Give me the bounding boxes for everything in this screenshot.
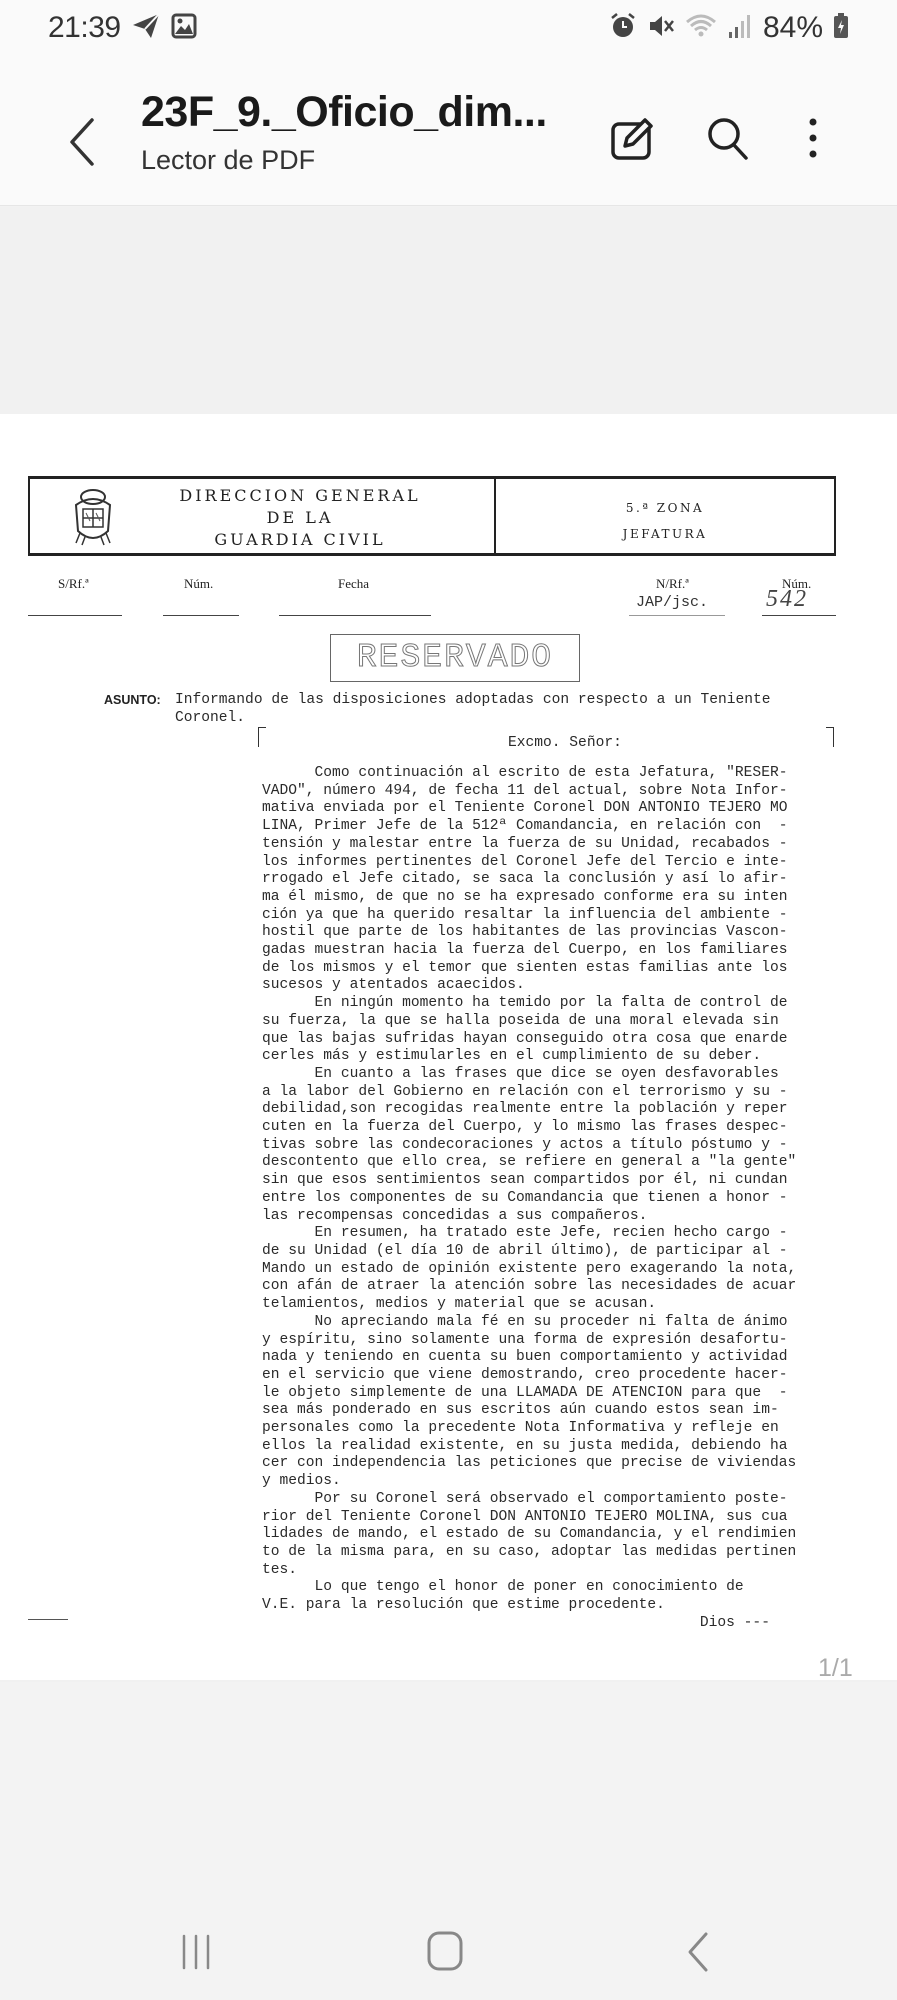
body-line: ción ya que ha querido resaltar la influ… xyxy=(262,907,842,925)
body-line: hostil que parte de los habitantes de la… xyxy=(262,924,842,942)
status-left: 21:39 xyxy=(48,11,197,45)
letterhead-line: DE LA xyxy=(150,507,450,529)
app-subtitle: Lector de PDF xyxy=(141,145,547,176)
asunto-text: Informando de las disposiciones adoptada… xyxy=(175,691,835,727)
asunto-line: Coronel. xyxy=(175,709,835,727)
body-line: en el servicio que viene demostrando, cr… xyxy=(262,1367,842,1385)
body-line: y espíritu, sino solamente una forma de … xyxy=(262,1332,842,1350)
body-line: de los mismos y el temor que sienten est… xyxy=(262,960,842,978)
body-line: gadas muestran hacia la fuerza del Cuerp… xyxy=(262,942,842,960)
body-line: telamientos, medios y material que se ac… xyxy=(262,1296,842,1314)
more-options-button[interactable] xyxy=(785,108,841,168)
body-line: entre los componentes de su Comandancia … xyxy=(262,1190,842,1208)
body-line: tensión y malestar entre la fuerza de su… xyxy=(262,836,842,854)
letterhead-line: DIRECCION GENERAL xyxy=(150,485,450,507)
body-line: sin que esos sentimientos sean compartid… xyxy=(262,1172,842,1190)
gallery-icon xyxy=(171,12,197,45)
num-label: Núm. xyxy=(184,576,213,592)
page-indicator: 1/1 xyxy=(818,1654,853,1683)
edit-icon xyxy=(609,114,657,162)
body-line: nada y teniendo en cuenta su buen compor… xyxy=(262,1349,842,1367)
body-line: En cuanto a las frases que dice se oyen … xyxy=(262,1066,842,1084)
body-line: to de la misma para, en su caso, adoptar… xyxy=(262,1544,842,1562)
body-line: V.E. para la resolución que estime proce… xyxy=(262,1597,842,1615)
body-line: VADO", número 494, de fecha 11 del actua… xyxy=(262,783,842,801)
back-icon xyxy=(62,108,102,168)
body-line: personales como la precedente Nota Infor… xyxy=(262,1420,842,1438)
n-ref-value: JAP/jsc. xyxy=(636,594,708,611)
ref-underline xyxy=(28,615,122,616)
bracket-left xyxy=(258,727,266,747)
edit-button[interactable] xyxy=(605,108,661,168)
body-line: su fuerza, la que se halla poseida de un… xyxy=(262,1013,842,1031)
body-line: de su Unidad (el día 10 de abril último)… xyxy=(262,1243,842,1261)
asunto-line: Informando de las disposiciones adoptada… xyxy=(175,691,835,709)
letterhead-left: DIRECCION GENERAL DE LA GUARDIA CIVIL xyxy=(150,485,450,551)
body-line: En ningún momento ha temido por la falta… xyxy=(262,995,842,1013)
body-line: En resumen, ha tratado este Jefe, recien… xyxy=(262,1225,842,1243)
num2-value: 542 xyxy=(766,586,808,613)
mute-icon xyxy=(647,12,675,45)
body-line: mativa enviada por el Teniente Coronel D… xyxy=(262,800,842,818)
letterhead-line: JEFATURA xyxy=(500,521,830,547)
search-icon xyxy=(704,114,752,162)
ref-underline xyxy=(163,615,239,616)
body-line: sea más ponderado en sus escritos aún cu… xyxy=(262,1402,842,1420)
body-line: rrogado el Jefe citado, se saca la concl… xyxy=(262,871,842,889)
letterhead: DIRECCION GENERAL DE LA GUARDIA CIVIL 5.… xyxy=(28,476,836,556)
document-title: 23F_9._Oficio_dim... xyxy=(141,88,547,137)
body-line: debilidad,son recogidas realmente entre … xyxy=(262,1101,842,1119)
s-ref-label: S/Rf.ª xyxy=(58,576,89,592)
body-line: cerles más y estimularles en el cumplimi… xyxy=(262,1048,842,1066)
crest-icon xyxy=(70,487,116,547)
ref-underline xyxy=(629,615,725,616)
body-line: ellos la realidad existente, en su justa… xyxy=(262,1438,842,1456)
battery-percent: 84% xyxy=(763,11,823,45)
body-line: sucesos y atentados acaecidos. xyxy=(262,977,842,995)
body-line: Por su Coronel será observado el comport… xyxy=(262,1491,842,1509)
body-line: que las bajas sufridas hayan conseguido … xyxy=(262,1031,842,1049)
body-line: Como continuación al escrito de esta Jef… xyxy=(262,765,842,783)
body-line: le objeto simplemente de una LLAMADA DE … xyxy=(262,1385,842,1403)
search-button[interactable] xyxy=(700,108,756,168)
body-line: cer con independencia las peticiones que… xyxy=(262,1455,842,1473)
letterhead-right: 5.ª ZONA JEFATURA xyxy=(500,495,830,547)
body-line: Lo que tengo el honor de poner en conoci… xyxy=(262,1579,842,1597)
body-line: LINA, Primer Jefe de la 512ª Comandancia… xyxy=(262,818,842,836)
status-right: 84% xyxy=(609,11,849,45)
body-line: tes. xyxy=(262,1562,842,1580)
more-icon xyxy=(803,114,823,162)
body-line: No apreciando mala fé en su proceder ni … xyxy=(262,1314,842,1332)
body-line: Dios --- xyxy=(262,1615,842,1633)
back-button[interactable] xyxy=(62,108,102,168)
body-line: rior del Teniente Coronel DON ANTONIO TE… xyxy=(262,1509,842,1527)
title-block: 23F_9._Oficio_dim... Lector de PDF xyxy=(141,88,547,176)
battery-charging-icon xyxy=(833,12,849,45)
fecha-label: Fecha xyxy=(338,576,369,592)
reservado-stamp: RESERVADO xyxy=(330,634,580,682)
letterhead-divider xyxy=(494,479,496,553)
home-icon xyxy=(425,1930,465,1974)
body-line: con afán de atraer la atención sobre las… xyxy=(262,1278,842,1296)
back-icon xyxy=(682,1930,712,1974)
telegram-icon xyxy=(131,12,161,45)
ref-underline xyxy=(762,615,836,616)
pdf-page[interactable]: DIRECCION GENERAL DE LA GUARDIA CIVIL 5.… xyxy=(0,414,897,1680)
recents-button[interactable] xyxy=(166,1922,226,1982)
bracket-right xyxy=(826,727,834,747)
alarm-icon xyxy=(609,12,637,45)
n-ref-label: N/Rf.ª xyxy=(656,576,689,592)
navigation-bar xyxy=(0,1682,897,2000)
wifi-icon xyxy=(685,12,717,45)
status-time: 21:39 xyxy=(48,11,121,45)
letterhead-line: GUARDIA CIVIL xyxy=(150,529,450,551)
body-line: descontento que ello crea, se refiere en… xyxy=(262,1154,842,1172)
body-line: las recompensas concedidas a sus compañe… xyxy=(262,1208,842,1226)
home-button[interactable] xyxy=(415,1922,475,1982)
body-line: Mando un estado de opinión existente per… xyxy=(262,1261,842,1279)
body-line: y medios. xyxy=(262,1473,842,1491)
body-line: tivas sobre las condecoraciones y actos … xyxy=(262,1137,842,1155)
body-line: ma él mismo, de que no se ha expresado c… xyxy=(262,889,842,907)
recents-icon xyxy=(176,1932,216,1972)
ref-underline xyxy=(279,615,431,616)
signal-icon xyxy=(727,12,753,45)
body-line: lidades de mando, el estado de su Comand… xyxy=(262,1526,842,1544)
margin-dash xyxy=(28,1619,68,1620)
status-bar: 21:39 84% xyxy=(0,0,897,56)
body-line: cuten en la fuerza del Cuerpo, y lo mism… xyxy=(262,1119,842,1137)
salutation: Excmo. Señor: xyxy=(508,735,622,751)
letter-body: Como continuación al escrito de esta Jef… xyxy=(262,765,842,1632)
nav-back-button[interactable] xyxy=(667,1922,727,1982)
letterhead-line: 5.ª ZONA xyxy=(500,495,830,521)
body-line: a la labor del Gobierno en relación con … xyxy=(262,1084,842,1102)
app-bar: 23F_9._Oficio_dim... Lector de PDF xyxy=(0,56,897,206)
body-line: los informes pertinentes del Coronel Jef… xyxy=(262,854,842,872)
asunto-label: ASUNTO: xyxy=(104,693,161,707)
